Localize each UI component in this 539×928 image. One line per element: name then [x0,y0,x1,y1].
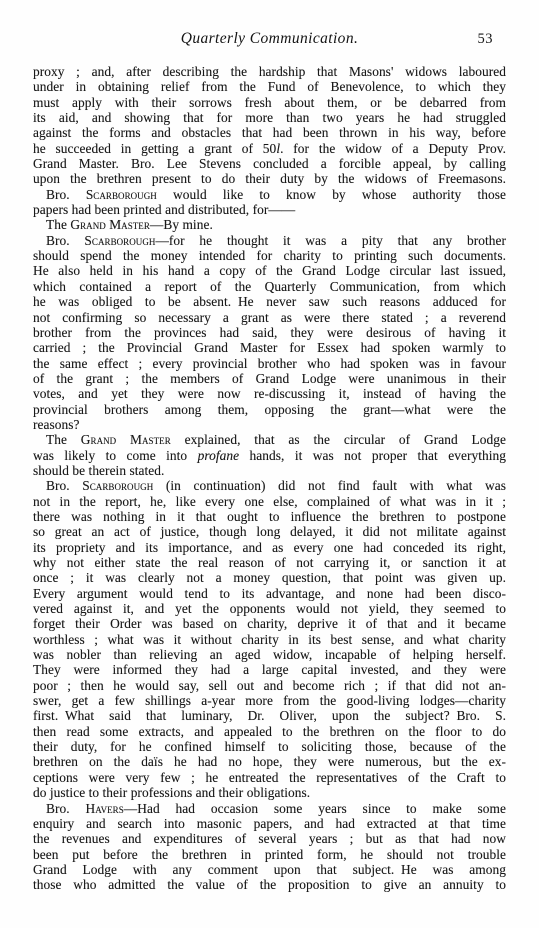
text-line: under in obtaining relief from the Fund … [33,79,506,94]
text-block: proxy ; and, after describing the hardsh… [33,64,506,893]
text-line: their duty, for he confined himself to s… [33,739,506,754]
smallcaps-text: Grand Master [81,432,171,447]
text-line: proxy ; and, after describing the hardsh… [33,64,506,79]
smallcaps-text: Grand Master [70,217,150,232]
text: not confirming so necessary a grant as w… [33,310,506,325]
text: . for the widow of a Deputy Prov. [280,141,506,156]
smallcaps-text: Havers [85,801,123,816]
text-line: reasons? [33,417,506,432]
text-line: upon the brethren present to do their du… [33,171,506,186]
text-line: which contained a report of the Quarterl… [33,279,506,294]
text-line: Bro. Scarborough—for he thought it was a… [33,233,506,248]
smallcaps-text: Scarborough [86,187,157,202]
text-line: so great an act of justice, though long … [33,524,506,539]
italic-text: profane [198,448,240,463]
text-line: He also held in his hand a copy of the G… [33,263,506,278]
text: explained, that as the circular of Grand… [171,432,506,447]
text-line: must apply with their sorrows fresh abou… [33,95,506,110]
text: vered against it, and yet the opponents … [33,601,506,616]
text-line: should be therein stated. [33,463,506,478]
text: Grand Master. Bro. Lee Stevens concluded… [33,156,506,171]
text: They were informed they had a large capi… [33,662,506,677]
text-line: those who admitted the value of the prop… [33,877,506,892]
text-line: not confirming so necessary a grant as w… [33,310,506,325]
text-line: poor ; then he would say, sell out and b… [33,678,506,693]
text: first. What said that luminary, Dr. Oliv… [33,708,506,723]
text: He also held in his hand a copy of the G… [33,263,506,278]
text: once ; it was clearly not a money questi… [33,570,506,585]
smallcaps-text: Scarborough [84,233,155,248]
text: Bro. [46,233,84,248]
text-line: do justice to their professions and thei… [33,785,506,800]
text: Grand Lodge with any comment upon that s… [33,862,506,877]
text-line: been put before the brethren in printed … [33,847,506,862]
smallcaps-text: Scarborough [82,478,153,493]
text-line: Bro. Havers—Had had occasion some years … [33,801,506,816]
text: was nobler than relieving an aged widow,… [33,647,506,662]
text: which contained a report of the Quarterl… [33,279,506,294]
text-line: votes, and yet they were now re-discussi… [33,386,506,401]
page-title: Quarterly Communication. [33,30,506,48]
text: its propriety and its importance, and as… [33,540,506,555]
text-line: he succeeded in getting a grant of 50l. … [33,141,506,156]
text: —for he thought it was a pity that any b… [155,233,506,248]
text: do justice to their professions and thei… [33,785,310,800]
text-line: first. What said that luminary, Dr. Oliv… [33,708,506,723]
text: the revenues and expenditures of several… [33,831,506,846]
text-line: then read some extracts, and appealed to… [33,724,506,739]
text: their duty, for he confined himself to s… [33,739,506,754]
text: brethren on the daïs he had no hope, the… [33,754,506,769]
text: votes, and yet they were now re-discussi… [33,386,506,401]
text: hands, it was not proper that everything [239,448,506,463]
text: proxy ; and, after describing the hardsh… [33,64,506,79]
text: —By mine. [150,217,213,232]
text: those who admitted the value of the prop… [33,877,506,892]
text-line: was nobler than relieving an aged widow,… [33,647,506,662]
text-line: of the grant ; the members of Grand Lodg… [33,371,506,386]
text: papers had been printed and distributed,… [33,202,295,217]
text: brother from the provinces had said, the… [33,325,506,340]
text: the same effect ; every provincial broth… [33,356,506,371]
text-line: enquiry and search into masonic papers, … [33,816,506,831]
text: worthless ; what was it without charity … [33,632,506,647]
text-line: should spend the money intended for char… [33,248,506,263]
text: Bro. [46,187,86,202]
text: then read some extracts, and appealed to… [33,724,506,739]
text: Bro. [46,801,85,816]
text: should spend the money intended for char… [33,248,506,263]
text-line: he was obliged to be absent. He never sa… [33,294,506,309]
text-line: The Grand Master explained, that as the … [33,432,506,447]
text: Bro. [46,478,82,493]
text-line: Grand Lodge with any comment upon that s… [33,862,506,877]
text: should be therein stated. [33,463,164,478]
text-line: there was nothing in it that ought to in… [33,509,506,524]
text: he succeeded in getting a grant of 50 [33,141,276,156]
text: enquiry and search into masonic papers, … [33,816,506,831]
text: of the grant ; the members of Grand Lodg… [33,371,506,386]
text: forget their Order was based on charity,… [33,616,506,631]
text: reasons? [33,417,80,432]
text: carried ; the Provincial Grand Master fo… [33,340,506,355]
text-line: the same effect ; every provincial broth… [33,356,506,371]
page-header: Quarterly Communication. 53 [33,30,506,53]
text: (in continuation) did not find fault wit… [153,478,506,493]
text: The [46,217,70,232]
text-line: against the forms and obstacles that had… [33,125,506,140]
text-line: the revenues and expenditures of several… [33,831,506,846]
text-line: swer, get a few shillings a-year more fr… [33,693,506,708]
text-line: once ; it was clearly not a money questi… [33,570,506,585]
text: The [46,432,81,447]
text-line: its propriety and its importance, and as… [33,540,506,555]
text: provincial brothers among them, opposing… [33,402,506,417]
text-line: papers had been printed and distributed,… [33,202,506,217]
text-line: its aid, and showing that for more than … [33,110,506,125]
text: so great an act of justice, though long … [33,524,506,539]
text-line: ceptions were very few ; he entreated th… [33,770,506,785]
text: must apply with their sorrows fresh abou… [33,95,506,110]
text: upon the brethren present to do their du… [33,171,506,186]
text: he was obliged to be absent. He never sa… [33,294,506,309]
text-line: not in the report, he, like every one el… [33,494,506,509]
text: Every argument would tend to its advanta… [33,586,506,601]
text-line: Grand Master. Bro. Lee Stevens concluded… [33,156,506,171]
text-line: brother from the provinces had said, the… [33,325,506,340]
text-line: worthless ; what was it without charity … [33,632,506,647]
text-line: They were informed they had a large capi… [33,662,506,677]
text-line: why not either state the real reason of … [33,555,506,570]
text: poor ; then he would say, sell out and b… [33,678,506,693]
text: been put before the brethren in printed … [33,847,506,862]
text-line: was likely to come into profane hands, i… [33,448,506,463]
text: not in the report, he, like every one el… [33,494,506,509]
text: was likely to come into [33,448,198,463]
text: swer, get a few shillings a-year more fr… [33,693,506,708]
text-line: The Grand Master—By mine. [33,217,506,232]
text-line: Bro. Scarborough (in continuation) did n… [33,478,506,493]
text: there was nothing in it that ought to in… [33,509,506,524]
text-line: provincial brothers among them, opposing… [33,402,506,417]
text-line: carried ; the Provincial Grand Master fo… [33,340,506,355]
document-page: Quarterly Communication. 53 proxy ; and,… [0,0,539,928]
text: why not either state the real reason of … [33,555,506,570]
text: its aid, and showing that for more than … [33,110,506,125]
text: —Had had occasion some years since to ma… [124,801,506,816]
text-line: Bro. Scarborough would like to know by w… [33,187,506,202]
text-line: vered against it, and yet the opponents … [33,601,506,616]
text-line: Every argument would tend to its advanta… [33,586,506,601]
text: under in obtaining relief from the Fund … [33,79,506,94]
text-line: brethren on the daïs he had no hope, the… [33,754,506,769]
text: ceptions were very few ; he entreated th… [33,770,506,785]
page-number: 53 [478,31,494,48]
text: would like to know by whose authority th… [157,187,506,202]
text: against the forms and obstacles that had… [33,125,506,140]
text-line: forget their Order was based on charity,… [33,616,506,631]
